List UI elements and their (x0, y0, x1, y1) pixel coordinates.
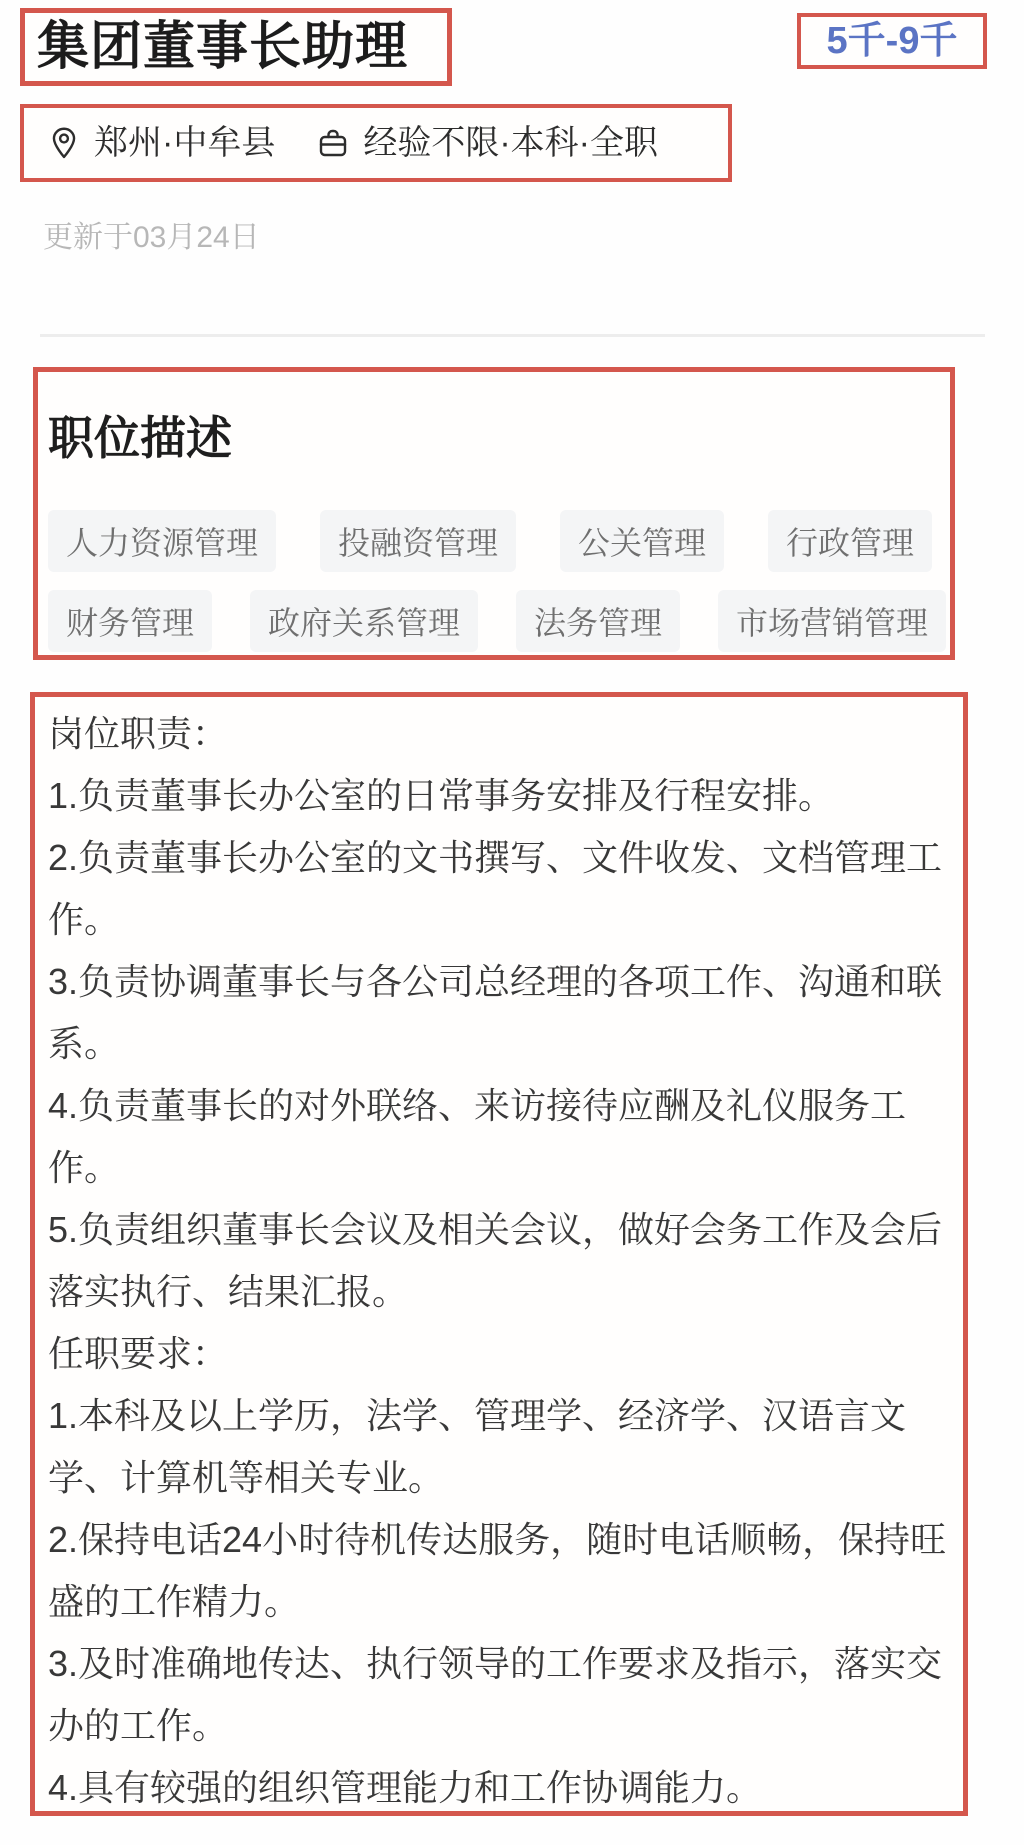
job-details-line: 学、计算机等相关专业。 (48, 1447, 945, 1509)
section-title: 职位描述 (48, 412, 232, 464)
job-meta-summary: 经验不限·本科·全职 (363, 126, 658, 160)
job-details-highlight-box: 岗位职责：1.负责董事长办公室的日常事务安排及行程安排。2.负责董事长办公室的文… (30, 692, 968, 1816)
job-location: 郑州·中牟县 (94, 126, 275, 160)
job-details-line: 办的工作。 (48, 1695, 945, 1757)
job-details-line: 作。 (48, 1137, 945, 1199)
title-highlight-box: 集团董事长助理 (20, 8, 452, 86)
job-details-line: 1.本科及以上学历，法学、管理学、经济学、汉语言文 (48, 1385, 945, 1447)
job-details-line: 岗位职责： (48, 703, 945, 765)
salary-value: 5千-9千 (827, 22, 958, 60)
tag-row-1: 人力资源管理投融资管理公关管理行政管理 (48, 510, 932, 572)
job-details-line: 系。 (48, 1013, 945, 1075)
job-details-line: 3.及时准确地传达、执行领导的工作要求及指示，落实交 (48, 1633, 945, 1695)
meta-highlight-box: 郑州·中牟县 经验不限·本科·全职 (20, 104, 732, 182)
skill-tag: 政府关系管理 (250, 590, 478, 652)
job-details-line: 任职要求： (48, 1323, 945, 1385)
tag-row-2: 财务管理政府关系管理法务管理市场营销管理 (48, 590, 946, 652)
job-details-line: 落实执行、结果汇报。 (48, 1261, 945, 1323)
job-details-line: 盛的工作精力。 (48, 1571, 945, 1633)
skill-tag: 公关管理 (560, 510, 724, 572)
job-details-line: 4.负责董事长的对外联络、来访接待应酬及礼仪服务工 (48, 1075, 945, 1137)
job-details-line: 作。 (48, 889, 945, 951)
job-details-line: 2.负责董事长办公室的文书撰写、文件收发、文档管理工 (48, 827, 945, 889)
job-details-line: 4.具有较强的组织管理能力和工作协调能力。 (48, 1757, 945, 1819)
skill-tag: 法务管理 (516, 590, 680, 652)
updated-date: 更新于03月24日 (43, 221, 260, 255)
job-details-line: 3.负责协调董事长与各公司总经理的各项工作、沟通和联 (48, 951, 945, 1013)
page-title: 集团董事长助理 (37, 21, 408, 73)
salary-highlight-box: 5千-9千 (797, 13, 987, 69)
section-divider (40, 334, 985, 337)
map-pin-icon (46, 125, 82, 161)
job-detail-page: 集团董事长助理 5千-9千 郑州·中牟县 经验不限·本科·全职 更新于03月24… (0, 0, 1024, 1845)
job-details-line: 1.负责董事长办公室的日常事务安排及行程安排。 (48, 765, 945, 827)
skill-tag: 市场营销管理 (718, 590, 946, 652)
description-highlight-box: 职位描述 人力资源管理投融资管理公关管理行政管理 财务管理政府关系管理法务管理市… (33, 367, 955, 660)
job-details-line: 2.保持电话24小时待机传达服务，随时电话顺畅，保持旺 (48, 1509, 945, 1571)
briefcase-icon (315, 125, 351, 161)
skill-tag: 人力资源管理 (48, 510, 276, 572)
skill-tag: 财务管理 (48, 590, 212, 652)
job-details-line: 5.负责组织董事长会议及相关会议，做好会务工作及会后 (48, 1199, 945, 1261)
skill-tag: 投融资管理 (320, 510, 516, 572)
skill-tag: 行政管理 (768, 510, 932, 572)
